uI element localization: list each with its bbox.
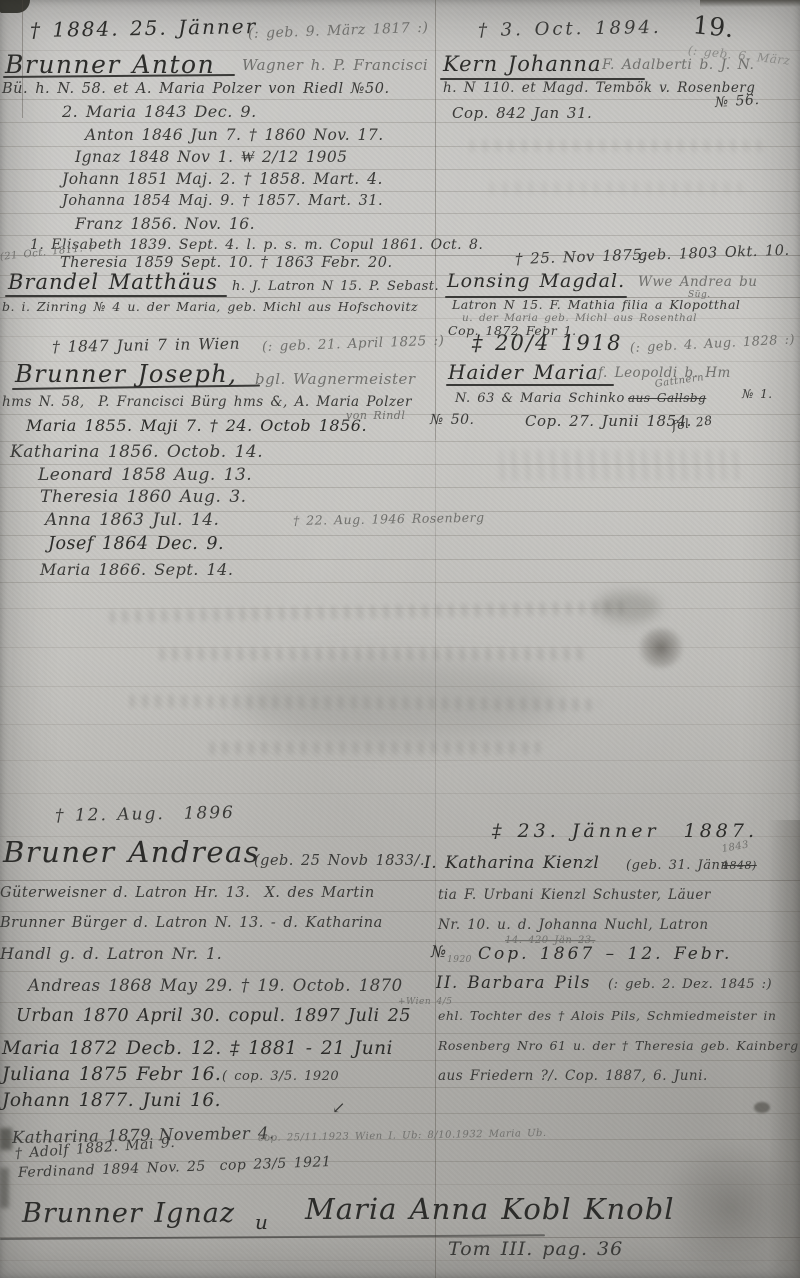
- anton-child: 2. Maria 1843 Dec. 9.: [62, 104, 257, 120]
- andreas-death-date: † 12. Aug. 1896: [55, 805, 235, 825]
- column-divider: [435, 0, 436, 440]
- barbara-birth-note: (: geb. 2. Dez. 1845 :): [608, 978, 772, 991]
- kienzl-birth-struck: 1848): [722, 860, 757, 871]
- kienzl-name: I. Katharina Kienzl: [424, 855, 599, 872]
- matthaeus-parents: b. i. Zinring № 4 u. der Maria, geb. Mic…: [2, 301, 418, 314]
- anton-parents: Bü. h. N. 58. et A. Maria Polzer von Rie…: [2, 82, 390, 97]
- name-underline: [446, 384, 614, 386]
- haider-parents-struck: aus Gallsbg: [628, 392, 706, 404]
- bleed-through-streak: [110, 601, 630, 622]
- kienzl-marriage-small: 1920: [447, 956, 472, 965]
- barbara-line1: ehl. Tochter des † Alois Pils, Schmiedme…: [438, 1010, 776, 1023]
- anton-title: Wagner h. P. Francisci: [242, 58, 428, 73]
- kienzl-line1: tia F. Urbani Kienzl Schuster, Läuer: [438, 889, 711, 903]
- magdalena-parents-note: Süg.: [688, 291, 711, 300]
- ruled-line: [0, 1087, 800, 1088]
- bleed-through-streak: [210, 742, 540, 754]
- volume-reference: Tom III. pag. 36: [448, 1240, 623, 1259]
- kienzl-marriage-struck: 14. 420 Jän 23.: [505, 936, 595, 946]
- johanna-parents: h. N 110. et Magd. Tembök v. Rosenberg: [443, 82, 755, 96]
- johanna-house-no: № 56.: [715, 93, 760, 110]
- andreas-line2: Brunner Bürger d. Latron N. 13. - d. Kat…: [0, 916, 383, 931]
- johanna-name: Kern Johanna: [443, 54, 601, 75]
- andreas-katharina-note: cop. 25/11.1923 Wien I. Ub: 8/10.1932 Ma…: [258, 1129, 547, 1144]
- ruled-line: [0, 1033, 800, 1034]
- ruled-line: [0, 880, 800, 881]
- haider-marriage: Cop. 27. Junii 1854.: [525, 414, 692, 429]
- barbara-name: II. Barbara Pils: [436, 975, 591, 992]
- ruled-line: [0, 1260, 800, 1261]
- joseph-child: Maria 1866. Sept. 14.: [40, 562, 233, 578]
- matthaeus-title: h. J. Latron N 15. P. Sebast.: [232, 280, 439, 293]
- bleed-through-streak: [160, 648, 590, 660]
- anton-death-date: † 1884. 25. Jänner: [30, 16, 258, 40]
- joseph-anna-death-note: † 22. Aug. 1946 Rosenberg: [293, 512, 485, 528]
- kienzl-death-date: ‡ 23. Jänner 1887.: [492, 822, 758, 841]
- footer-conjunction: u: [255, 1212, 268, 1232]
- footer-husband-name: Brunner Ignaz: [22, 1200, 235, 1227]
- joseph-name: Brunner Joseph,: [15, 362, 237, 386]
- andreas-urban-note: +Wien 4/5: [398, 998, 452, 1007]
- ruled-line: [0, 146, 800, 147]
- joseph-title: bgl. Wagnermeister: [255, 372, 416, 387]
- ruled-line: [0, 235, 800, 236]
- matthaeus-name: Brandel Matthäus: [8, 272, 218, 293]
- magdalena-name: Lonsing Magdal.: [447, 272, 625, 291]
- ruled-line: [0, 1060, 800, 1061]
- haider-house-no: № 1.: [742, 388, 773, 400]
- joseph-birth-note: (: geb. 21. April 1825 :): [262, 335, 445, 355]
- joseph-parents: hms N. 58, P. Francisci Bürg hms &, A. M…: [2, 396, 412, 410]
- ruled-line: [0, 941, 800, 942]
- johanna-death-date: † 3. Oct. 1894.: [478, 19, 662, 40]
- andreas-johann-arrow: ↙: [332, 1100, 346, 1116]
- page-number: 19.: [692, 12, 736, 41]
- joseph-child: Maria 1855. Maji 7. † 24. Octob 1856.: [26, 418, 367, 434]
- joseph-child: Leonard 1858 Aug. 13.: [38, 467, 252, 484]
- haider-folio: fol 28: [671, 414, 713, 432]
- andreas-juliana-note: ( cop. 3/5. 1920: [222, 1070, 339, 1083]
- anton-child: Johanna 1854 Maj. 9. † 1857. Mart. 31.: [62, 194, 383, 209]
- magdalena-birth-note: geb. 1803 Okt. 10.: [638, 244, 790, 264]
- bleed-through-streak: [500, 450, 740, 480]
- magdalena-mother: u. der Maria geb. Michl aus Rosenthal: [462, 313, 697, 324]
- edge-shadow: [700, 0, 800, 7]
- joseph-child: Katharina 1856. Octob. 14.: [10, 444, 263, 461]
- ruled-line: [0, 686, 800, 687]
- corner-tear-dark: [0, 0, 30, 13]
- ruled-line: [0, 1113, 800, 1114]
- andreas-child: Ferdinand 1894 Nov. 25 cop 23/5 1921: [18, 1155, 332, 1180]
- haider-parents: N. 63 & Maria Schinko: [455, 392, 625, 405]
- johanna-title: F. Adalberti b. J. N.: [602, 58, 754, 72]
- barbara-line2: Rosenberg Nro 61 u. der † Theresia geb. …: [438, 1040, 799, 1053]
- ruled-line: [0, 582, 800, 583]
- joseph-child: Anna 1863 Jul. 14.: [45, 512, 219, 529]
- ruled-line: [0, 724, 800, 725]
- kienzl-marriage: Cop. 1867 – 12. Febr.: [478, 946, 732, 963]
- haider-no50: № 50.: [430, 413, 474, 427]
- paper-mottle: [240, 660, 560, 740]
- ruled-line: [0, 1184, 800, 1185]
- magdalena-death-date: † 25. Nov 1875,: [515, 247, 648, 267]
- andreas-child: Maria 1872 Decb. 12. ‡ 1881 - 21 Juni: [2, 1040, 393, 1059]
- bleed-through-streak: [490, 182, 750, 194]
- andreas-child: Andreas 1868 May 29. † 19. Octob. 1870: [28, 978, 403, 995]
- register-page-scan: † 1884. 25. Jänner (: geb. 9. März 1817 …: [0, 0, 800, 1278]
- andreas-child: Johann 1877. Juni 16.: [2, 1092, 221, 1111]
- haider-death-date: ‡ 20/4 1918: [472, 333, 622, 354]
- andreas-line3: Handl g. d. Latron Nr. 1.: [0, 946, 222, 962]
- name-underline: [5, 295, 227, 297]
- johanna-marriage: Cop. 842 Jan 31.: [452, 106, 592, 121]
- ruled-line: [0, 122, 800, 123]
- ruled-line: [0, 760, 800, 761]
- kienzl-birth-correction: 1843: [721, 840, 750, 855]
- kienzl-line2: Nr. 10. u. d. Johanna Nuchl, Latron: [438, 919, 709, 933]
- anton-child: Franz 1856. Nov. 16.: [75, 217, 255, 233]
- edge-smudge: [0, 1168, 9, 1208]
- kienzl-birth-note: (geb. 31. Jänn: [626, 859, 729, 872]
- ruled-line: [0, 608, 800, 609]
- joseph-child: Josef 1864 Dec. 9.: [48, 536, 224, 554]
- ruled-line: [0, 793, 800, 794]
- magdalena-title: Wwe Andrea bu: [638, 276, 757, 290]
- anton-child: Theresia 1859 Sept. 10. † 1863 Febr. 20.: [60, 256, 393, 271]
- andreas-birth-note: (geb. 25 Novb 1833/.: [254, 854, 425, 869]
- ink-blotch: [638, 628, 684, 668]
- kienzl-marriage-prefix: №: [431, 944, 447, 960]
- anton-child: 1. Elisabeth 1839. Sept. 4. l. p. s. m. …: [30, 238, 483, 252]
- andreas-name: Bruner Andreas: [3, 838, 260, 867]
- ruled-line: [0, 191, 800, 192]
- andreas-child: Urban 1870 April 30. copul. 1897 Juli 25: [16, 1008, 411, 1026]
- ruled-line: [0, 99, 800, 100]
- anton-child: Ignaz 1848 Nov 1. ₩ 2/12 1905: [75, 150, 348, 166]
- andreas-child: Juliana 1875 Febr 16.: [2, 1066, 221, 1085]
- joseph-death-date: † 1847 Juni 7 in Wien: [52, 337, 240, 356]
- anton-name: Brunner Anton: [5, 52, 215, 77]
- footer-wife-name: Maria Anna Kobl Knobl: [305, 1195, 674, 1224]
- barbara-line3: aus Friedern ?/. Cop. 1887, 6. Juni.: [438, 1070, 708, 1084]
- anton-child: Johann 1851 Maj. 2. † 1858. Mart. 4.: [62, 172, 383, 188]
- ruled-line: [0, 971, 800, 972]
- ruled-line: [0, 213, 800, 214]
- ruled-line: [0, 911, 800, 912]
- anton-child: Anton 1846 Jun 7. † 1860 Nov. 17.: [85, 128, 384, 144]
- joseph-child: Theresia 1860 Aug. 3.: [40, 489, 247, 506]
- andreas-line1: Güterweisner d. Latron Hr. 13. X. des Ma…: [0, 886, 375, 901]
- haider-name: Haider Maria: [448, 362, 599, 382]
- smudge: [596, 592, 660, 622]
- magdalena-parents: Latron N 15. F. Mathia filia a Klopottha…: [452, 299, 740, 312]
- anton-birth-note: (: geb. 9. März 1817 :): [248, 21, 429, 41]
- ruled-line: [0, 647, 800, 648]
